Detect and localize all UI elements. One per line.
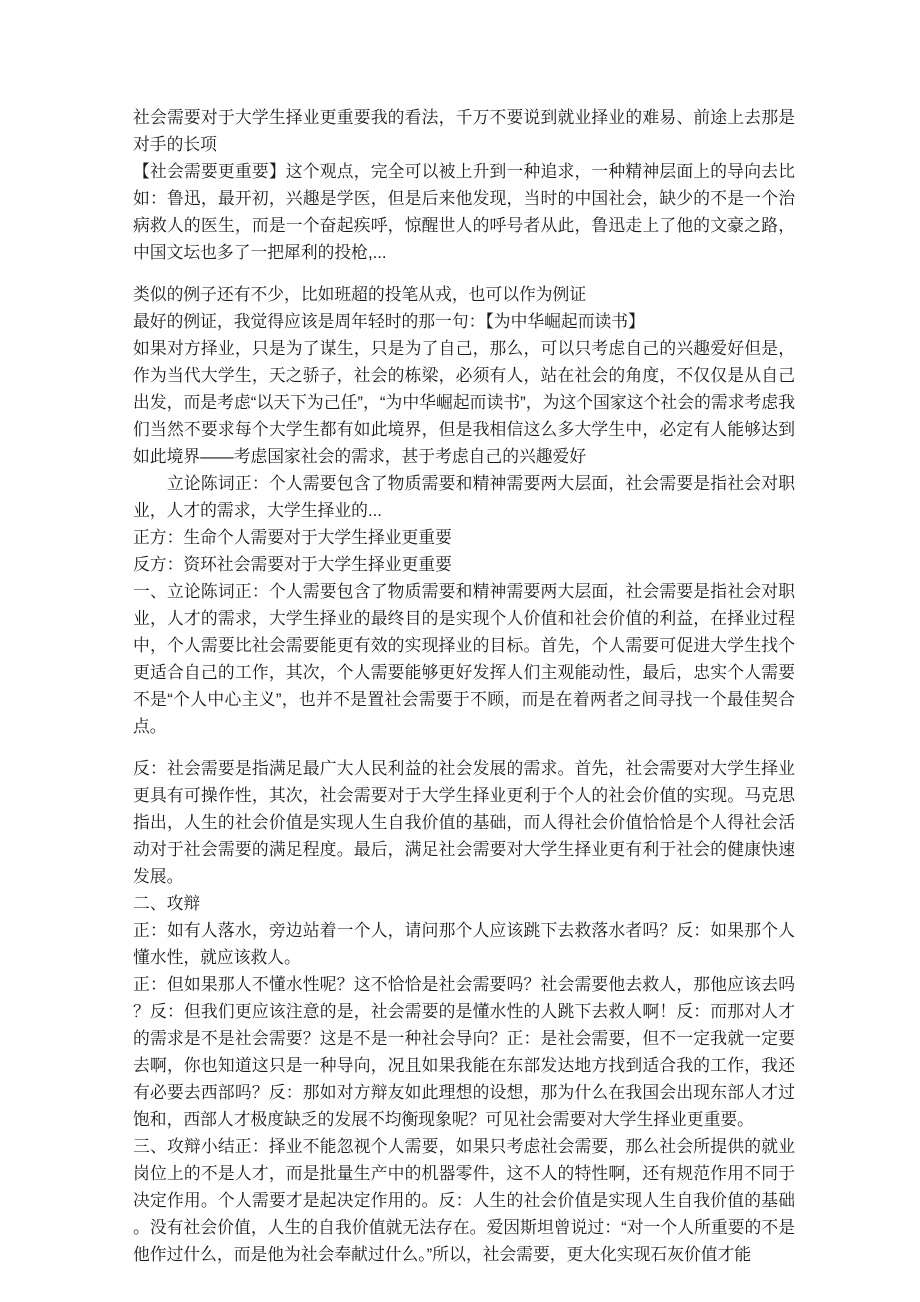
blank-line	[133, 740, 795, 755]
blank-line	[133, 266, 795, 281]
paragraph: 一、立论陈词正：个人需要包含了物质需要和精神需要两大层面，社会需要是指社会对职业…	[133, 578, 795, 740]
paragraph: 反：社会需要是指满足最广大人民利益的社会发展的需求。首先，社会需要对大学生择业更…	[133, 755, 795, 890]
paragraph: 正方：生命个人需要对于大学生择业更重要	[133, 524, 795, 551]
paragraph: 如果对方择业，只是为了谋生，只是为了自己，那么，可以只考虑自己的兴趣爱好但是，作…	[133, 335, 795, 470]
paragraph: 社会需要对于大学生择业更重要我的看法，千万不要说到就业择业的难易、前途上去那是对…	[133, 104, 795, 158]
paragraph: 反方：资环社会需要对于大学生择业更重要	[133, 551, 795, 578]
document-page: 社会需要对于大学生择业更重要我的看法，千万不要说到就业择业的难易、前途上去那是对…	[133, 104, 795, 1268]
paragraph: 最好的例证，我觉得应该是周年轻时的那一句：【为中华崛起而读书】	[133, 308, 795, 335]
document-text: 社会需要对于大学生择业更重要我的看法，千万不要说到就业择业的难易、前途上去那是对…	[133, 104, 795, 1268]
paragraph: 立论陈词正：个人需要包含了物质需要和精神需要两大层面，社会需要是指社会对职业，人…	[133, 470, 795, 524]
paragraph: 二、攻辩	[133, 890, 795, 917]
paragraph: 正：如有人落水，旁边站着一个人，请问那个人应该跳下去救落水者吗？反：如果那个人懂…	[133, 917, 795, 971]
paragraph: 三、攻辩小结正：择业不能忽视个人需要，如果只考虑社会需要，那么社会所提供的就业岗…	[133, 1133, 795, 1268]
paragraph: 【社会需要更重要】这个观点，完全可以被上升到一种追求，一种精神层面上的导向去比如…	[133, 158, 795, 266]
paragraph: 类似的例子还有不少，比如班超的投笔从戎，也可以作为例证	[133, 281, 795, 308]
paragraph: 正：但如果那人不懂水性呢？这不恰恰是社会需要吗？社会需要他去救人，那他应该去吗？…	[133, 971, 795, 1133]
